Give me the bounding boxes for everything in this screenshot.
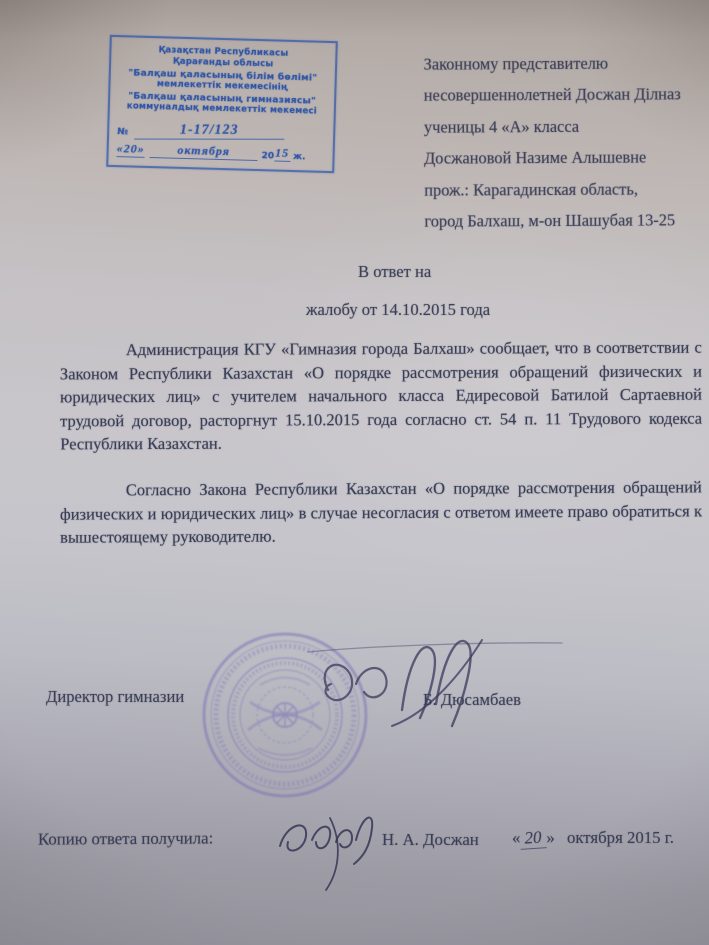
stamp-date-day: «20» (116, 141, 144, 158)
subject-line-2: жалобу от 14.10.2015 года (306, 300, 490, 320)
stamp-date-month: октября (149, 142, 257, 161)
subject-line-1: В ответ на (358, 262, 431, 282)
director-signature (290, 624, 580, 754)
receipt-date-day: 20 (520, 827, 547, 850)
receipt-name: Н. А. Досжан (382, 830, 479, 850)
recipient-block: Законному представителю несовершеннолетн… (424, 47, 682, 237)
director-title: Директор гимназии (46, 687, 184, 707)
stamp-date-year-prefix: 20 (261, 151, 274, 161)
receipt-label: Копию ответа получила: (38, 828, 213, 849)
stamp-date-year-value: 15 (274, 145, 290, 161)
receipt-signature (268, 798, 388, 898)
receipt-date-rest: октября 2015 г. (567, 828, 674, 847)
receipt-date: «20» октября 2015 г. (512, 828, 674, 849)
registration-stamp: Қазақстан Республикасы Қарағанды облысы … (106, 35, 338, 173)
recipient-line: Законному представителю (424, 47, 681, 80)
document-photo: Қазақстан Республикасы Қарағанды облысы … (0, 0, 709, 945)
recipient-line: город Балхаш, м-он Шашубая 13-25 (424, 204, 681, 237)
recipient-line: ученицы 4 «А» класса (424, 110, 681, 143)
recipient-line: Досжановой Назиме Алышевне (424, 142, 681, 175)
recipient-line: несовершеннолетней Досжан Ділназ (424, 79, 681, 112)
body-paragraph-1: Администрация КГУ «Гимназия города Балха… (60, 336, 703, 457)
recipient-line: прож.: Карагадинская область, (424, 173, 681, 206)
stamp-date-year-suffix: ж. (293, 152, 306, 162)
stamp-number-value: 1-17/123 (134, 123, 284, 140)
body-paragraph-2: Согласно Закона Республики Казахстан «О … (60, 475, 702, 549)
stamp-date-row: «20» октября 20 15 ж. (116, 139, 324, 163)
stamp-number-sign: № (117, 127, 128, 137)
receipt-date-quote-close: » (546, 828, 554, 847)
